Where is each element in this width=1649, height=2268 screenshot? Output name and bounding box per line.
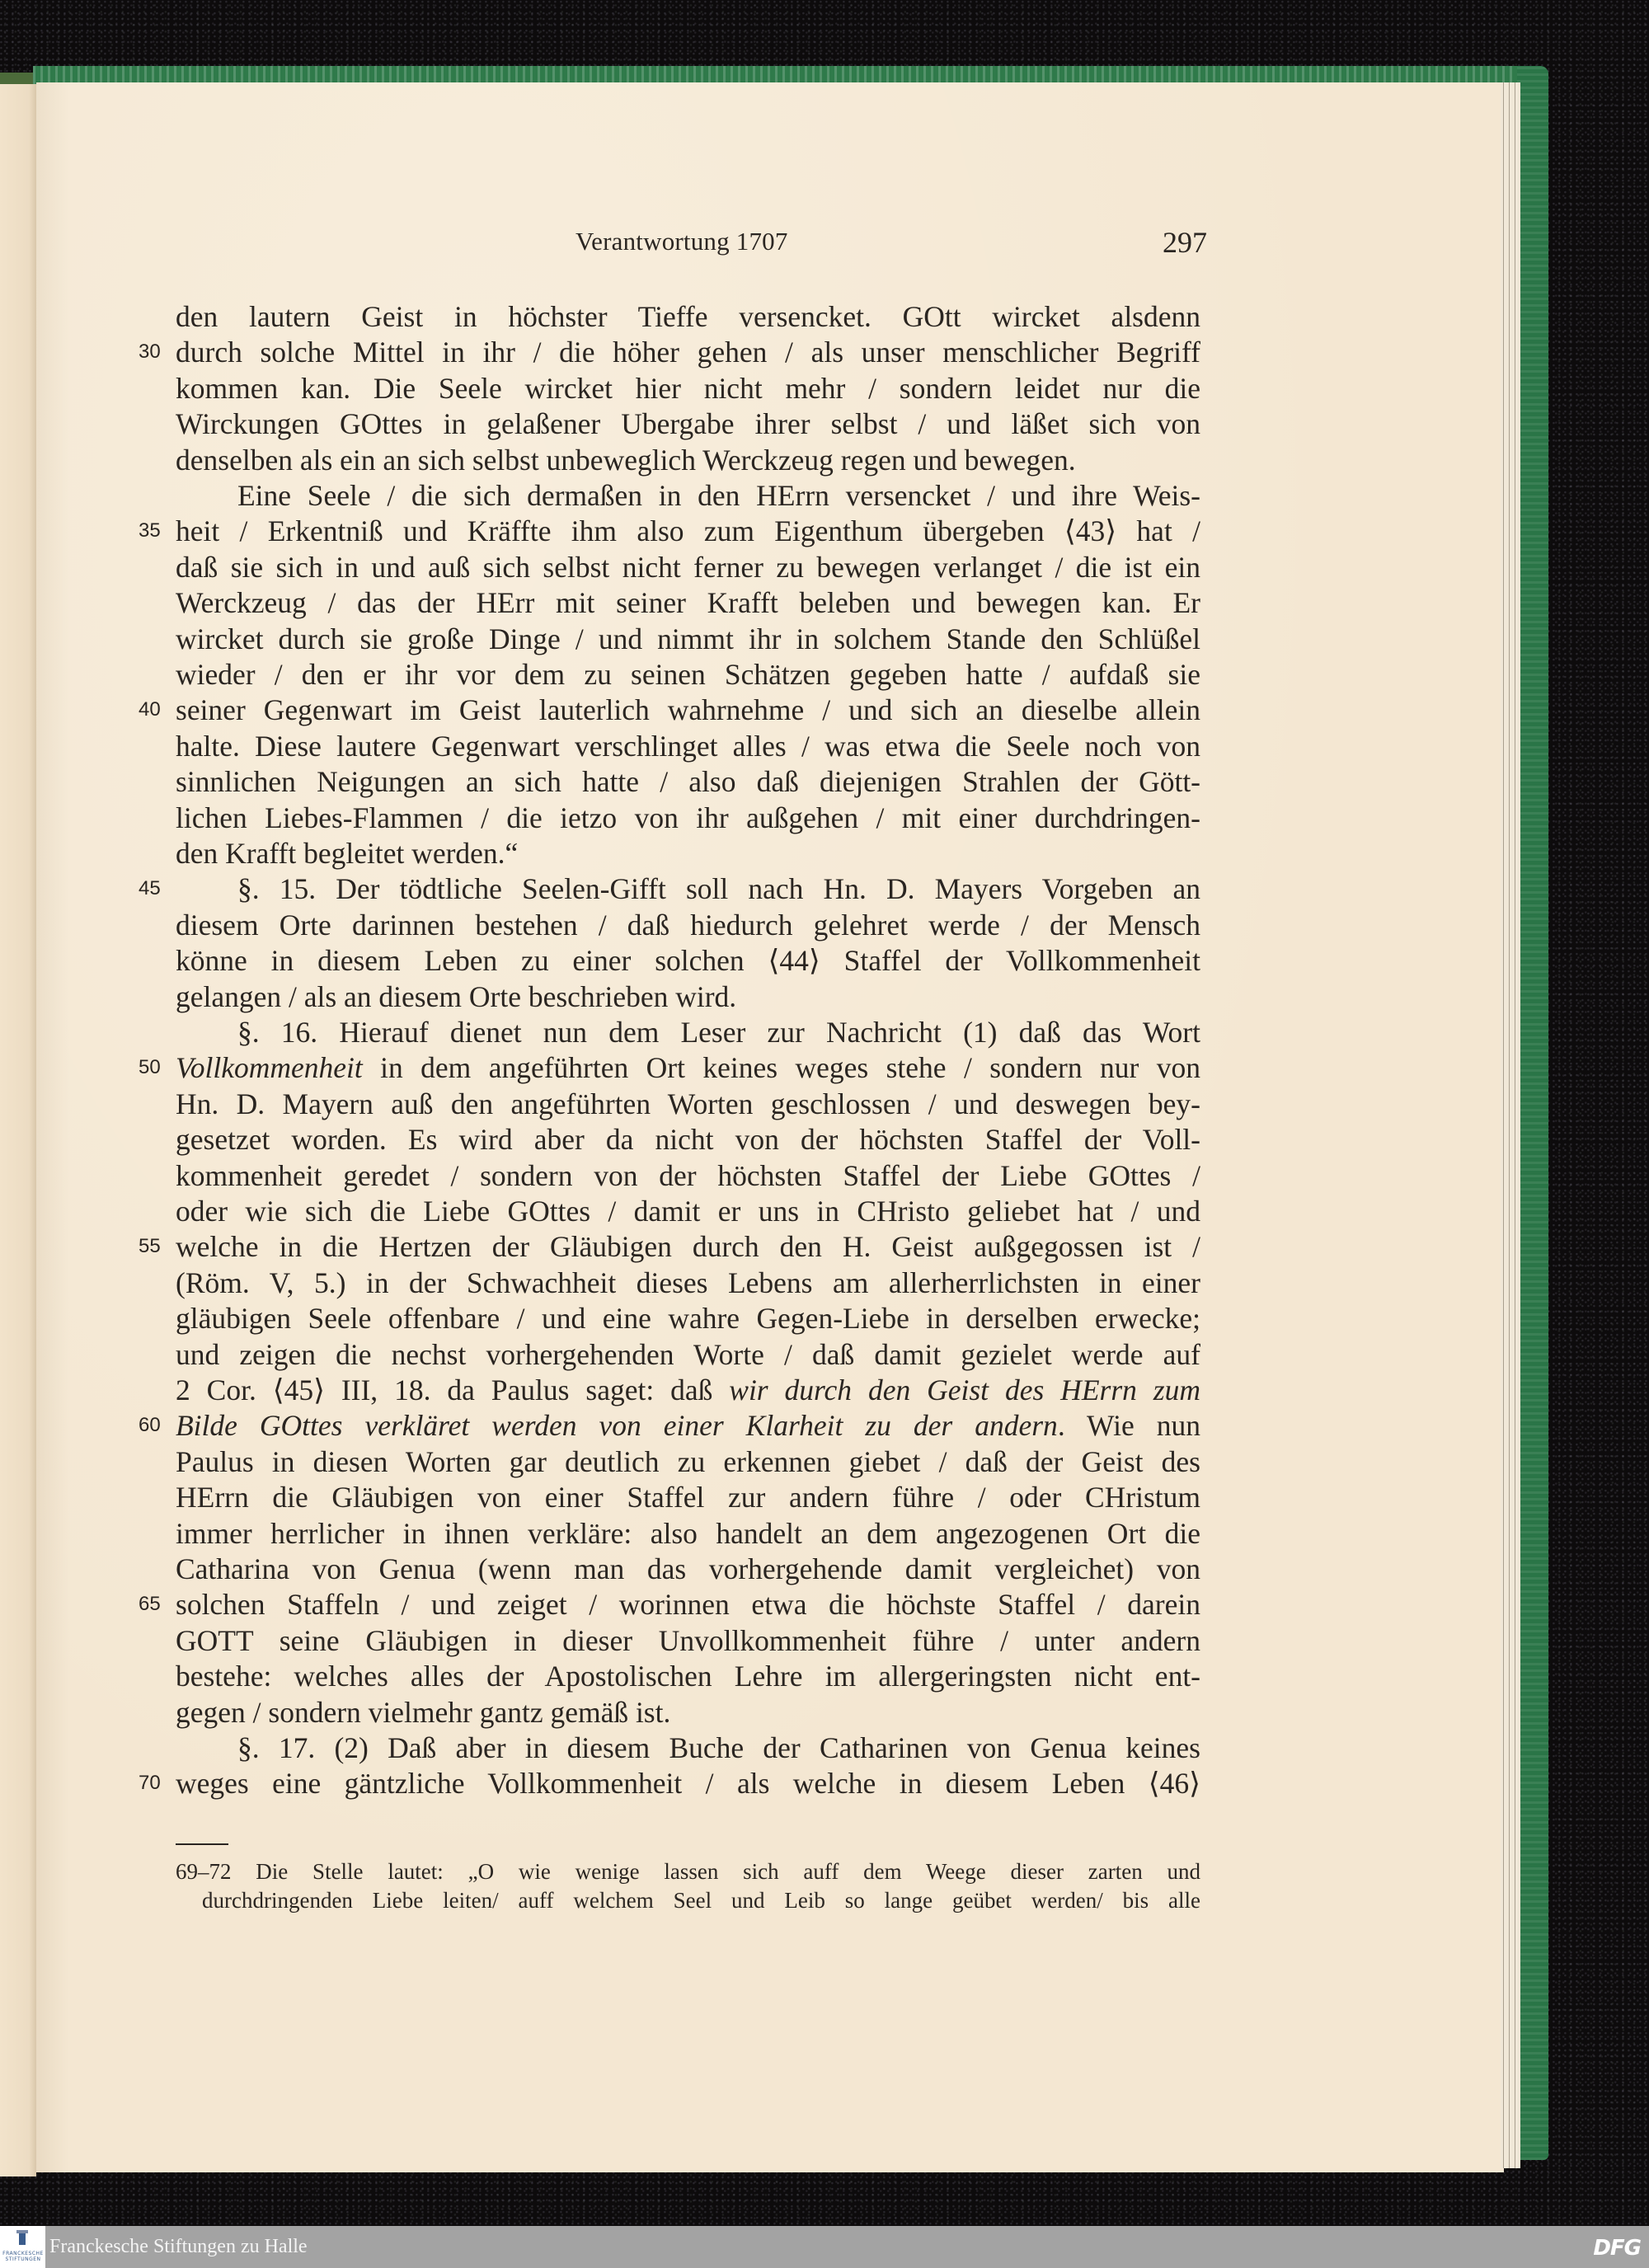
text-line: und zeigen die nechst vorhergehenden Wor… — [176, 1336, 1200, 1373]
text-line: Hn. D. Mayern auß den angeführten Worten… — [176, 1086, 1200, 1122]
text-line: (Röm. V, 5.) in der Schwachheit dieses L… — [176, 1265, 1200, 1301]
institution-name[interactable]: Franckesche Stiftungen zu Halle — [49, 2236, 308, 2258]
text-line: oder wie sich die Liebe GOttes / damit e… — [176, 1193, 1200, 1229]
text-span: und zeigen die nechst vorhergehenden Wor… — [176, 1338, 1200, 1371]
viewer-footer: FRANCKESCHESTIFTUNGEN Franckesche Stiftu… — [0, 2226, 1649, 2268]
italic-quote: wir durch den Geist des HErrn zum — [729, 1373, 1200, 1406]
text-line: §. 15. Der tödtliche Seelen-Gifft soll n… — [237, 871, 1200, 907]
text-line: bestehe: welches alles der Apostolischen… — [176, 1658, 1200, 1694]
text-span: durch solche Mittel in ihr / die höher g… — [176, 336, 1200, 369]
line-number: 45 — [139, 871, 163, 907]
text-line: Werckzeug / das der HErr mit seiner Kraf… — [176, 585, 1200, 621]
text-line: Wirckungen GOttes in gelaßener Ubergabe … — [176, 406, 1200, 442]
text-line: durch solche Mittel in ihr / die höher g… — [176, 334, 1200, 370]
text-span: immer herrlicher in ihnen verkläre: also… — [176, 1517, 1200, 1550]
text-span: §. 15. Der tödtliche Seelen-Gifft soll n… — [237, 872, 1200, 905]
text-line: wircket durch sie große Dinge / und nimm… — [176, 621, 1200, 657]
footnote-rule — [176, 1843, 228, 1845]
text-span: wircket durch sie große Dinge / und nimm… — [176, 622, 1200, 655]
text-line: immer herrlicher in ihnen verkläre: also… — [176, 1515, 1200, 1552]
text-line: kommen kan. Die Seele wircket hier nicht… — [176, 370, 1200, 406]
text-span: Werckzeug / das der HErr mit seiner Kraf… — [176, 586, 1200, 619]
text-span: gelangen / als an diesem Orte beschriebe… — [176, 980, 736, 1013]
text-span: heit / Erkentniß und Kräffte ihm also zu… — [176, 514, 1200, 547]
text-line: heit / Erkentniß und Kräffte ihm also zu… — [176, 513, 1200, 549]
text-span: Hn. D. Mayern auß den angeführten Worten… — [176, 1087, 1200, 1120]
text-line: diesem Orte darinnen bestehen / daß hied… — [176, 907, 1200, 943]
text-line: gegen / sondern vielmehr gantz gemäß ist… — [176, 1694, 1200, 1730]
text-span: GOTT seine Gläubigen in dieser Unvollkom… — [176, 1624, 1200, 1657]
book-cover-edge-top — [33, 66, 1548, 84]
line-number: 55 — [139, 1228, 163, 1265]
text-span: in dem angeführten Ort keines weges steh… — [363, 1051, 1200, 1084]
dfg-logo[interactable]: DFG — [1593, 2236, 1641, 2261]
text-line: lichen Liebes-Flammen / die ietzo von ih… — [176, 800, 1200, 836]
text-span: lichen Liebes-Flammen / die ietzo von ih… — [176, 801, 1200, 834]
text-span: gesetzet worden. Es wird aber da nicht v… — [176, 1123, 1200, 1156]
text-span: Catharina von Genua (wenn man das vorher… — [176, 1552, 1200, 1585]
text-span: §. 17. (2) Daß aber in diesem Buche der … — [237, 1731, 1200, 1764]
text-span: Wirckungen GOttes in gelaßener Ubergabe … — [176, 407, 1200, 440]
text-line: HErrn die Gläubigen von einer Staffel zu… — [176, 1479, 1200, 1515]
text-line: Catharina von Genua (wenn man das vorher… — [176, 1551, 1200, 1587]
page-edges — [1501, 82, 1520, 2168]
facing-page-edge — [0, 82, 36, 2176]
text-span: 2 Cor. ⟨45⟩ III, 18. da Paulus saget: da… — [176, 1373, 729, 1406]
text-span: sinnlichen Neigungen an sich hatte / als… — [176, 765, 1200, 798]
text-line: §. 17. (2) Daß aber in diesem Buche der … — [237, 1730, 1200, 1766]
italic-quote: Vollkommenheit — [176, 1051, 363, 1084]
text-span: solchen Staffeln / und zeiget / worinnen… — [176, 1588, 1200, 1621]
text-line: den Krafft begleitet werden.“ — [176, 835, 1200, 871]
text-span: bestehe: welches alles der Apostolischen… — [176, 1660, 1200, 1693]
line-number: 30 — [139, 334, 163, 370]
text-line: weges eine gäntzliche Vollkommenheit / a… — [176, 1765, 1200, 1801]
line-number: 50 — [139, 1049, 163, 1086]
page-number: 297 — [1163, 225, 1207, 260]
text-span: kommenheit geredet / sondern von der höc… — [176, 1159, 1200, 1192]
text-line: gelangen / als an diesem Orte beschriebe… — [176, 979, 1200, 1015]
line-number: 70 — [139, 1765, 163, 1801]
text-line: welche in die Hertzen der Gläubigen durc… — [176, 1228, 1200, 1265]
text-span: welche in die Hertzen der Gläubigen durc… — [176, 1230, 1200, 1263]
text-line: 2 Cor. ⟨45⟩ III, 18. da Paulus saget: da… — [176, 1372, 1200, 1408]
text-line: halte. Diese lautere Gegenwart verschlin… — [176, 728, 1200, 764]
text-line: daß sie sich in und auß sich selbst nich… — [176, 549, 1200, 585]
text-line: wieder / den er ihr vor dem zu seinen Sc… — [176, 656, 1200, 693]
text-span: Eine Seele / die sich dermaßen in den HE… — [237, 479, 1200, 512]
text-span: den Krafft begleitet werden.“ — [176, 837, 518, 870]
text-span: wieder / den er ihr vor dem zu seinen Sc… — [176, 658, 1200, 691]
text-line: seiner Gegenwart im Geist lauterlich wah… — [176, 692, 1200, 728]
book-cover-edge-right — [1517, 66, 1548, 2160]
text-span: diesem Orte darinnen bestehen / daß hied… — [176, 909, 1200, 941]
text-line: Paulus in diesen Worten gar deutlich zu … — [176, 1444, 1200, 1480]
text-span: gläubigen Seele offenbare / und eine wah… — [176, 1302, 1200, 1335]
text-line: sinnlichen Neigungen an sich hatte / als… — [176, 763, 1200, 800]
text-span: halte. Diese lautere Gegenwart verschlin… — [176, 730, 1200, 763]
italic-quote: Bilde GOttes verkläret werden von einer … — [176, 1409, 1058, 1442]
text-line: den lautern Geist in höchster Tieffe ver… — [176, 298, 1200, 335]
text-line: könne in diesem Leben zu einer solchen ⟨… — [176, 942, 1200, 979]
text-line: kommenheit geredet / sondern von der höc… — [176, 1157, 1200, 1194]
running-head-title: Verantwortung 1707 — [576, 227, 788, 256]
text-span: (Röm. V, 5.) in der Schwachheit dieses L… — [176, 1266, 1200, 1299]
text-span: HErrn die Gläubigen von einer Staffel zu… — [176, 1481, 1200, 1514]
text-line: Eine Seele / die sich dermaßen in den HE… — [237, 477, 1200, 514]
text-span: . Wie nun — [1058, 1409, 1200, 1442]
text-span: oder wie sich die Liebe GOttes / damit e… — [176, 1195, 1200, 1228]
text-span: denselben als ein an sich selbst unbeweg… — [176, 444, 1076, 477]
text-line: Bilde GOttes verkläret werden von einer … — [176, 1407, 1200, 1444]
text-span: seiner Gegenwart im Geist lauterlich wah… — [176, 693, 1200, 726]
text-span: gegen / sondern vielmehr gantz gemäß ist… — [176, 1696, 670, 1729]
text-span: daß sie sich in und auß sich selbst nich… — [176, 551, 1200, 584]
text-span: Paulus in diesen Worten gar deutlich zu … — [176, 1445, 1200, 1478]
footnote-line-2: durchdringenden Liebe leiten/ auff welch… — [202, 1885, 1200, 1915]
text-span: könne in diesem Leben zu einer solchen ⟨… — [176, 944, 1200, 977]
text-line: GOTT seine Gläubigen in dieser Unvollkom… — [176, 1622, 1200, 1659]
text-line: gläubigen Seele offenbare / und eine wah… — [176, 1300, 1200, 1336]
text-line: Vollkommenheit in dem angeführten Ort ke… — [176, 1049, 1200, 1086]
line-number: 65 — [139, 1586, 163, 1622]
text-span: weges eine gäntzliche Vollkommenheit / a… — [176, 1767, 1200, 1800]
text-line: solchen Staffeln / und zeiget / worinnen… — [176, 1586, 1200, 1622]
line-number: 40 — [139, 692, 163, 728]
text-line: denselben als ein an sich selbst unbeweg… — [176, 442, 1200, 478]
franckesche-logo[interactable]: FRANCKESCHESTIFTUNGEN — [0, 2226, 45, 2268]
running-head: Verantwortung 1707 297 — [0, 227, 1649, 268]
text-line: gesetzet worden. Es wird aber da nicht v… — [176, 1121, 1200, 1157]
text-span: §. 16. Hierauf dienet nun dem Leser zur … — [237, 1016, 1200, 1049]
logo-text: FRANCKESCHESTIFTUNGEN — [2, 2251, 44, 2262]
line-number: 60 — [139, 1407, 163, 1444]
text-span: den lautern Geist in höchster Tieffe ver… — [176, 300, 1200, 333]
text-span: kommen kan. Die Seele wircket hier nicht… — [176, 372, 1200, 405]
text-line: §. 16. Hierauf dienet nun dem Leser zur … — [237, 1014, 1200, 1050]
line-number: 35 — [139, 513, 163, 549]
footnote-line-1: 69–72 Die Stelle lautet: „O wie wenige l… — [176, 1857, 1200, 1886]
orphan-figure-icon — [16, 2230, 28, 2248]
